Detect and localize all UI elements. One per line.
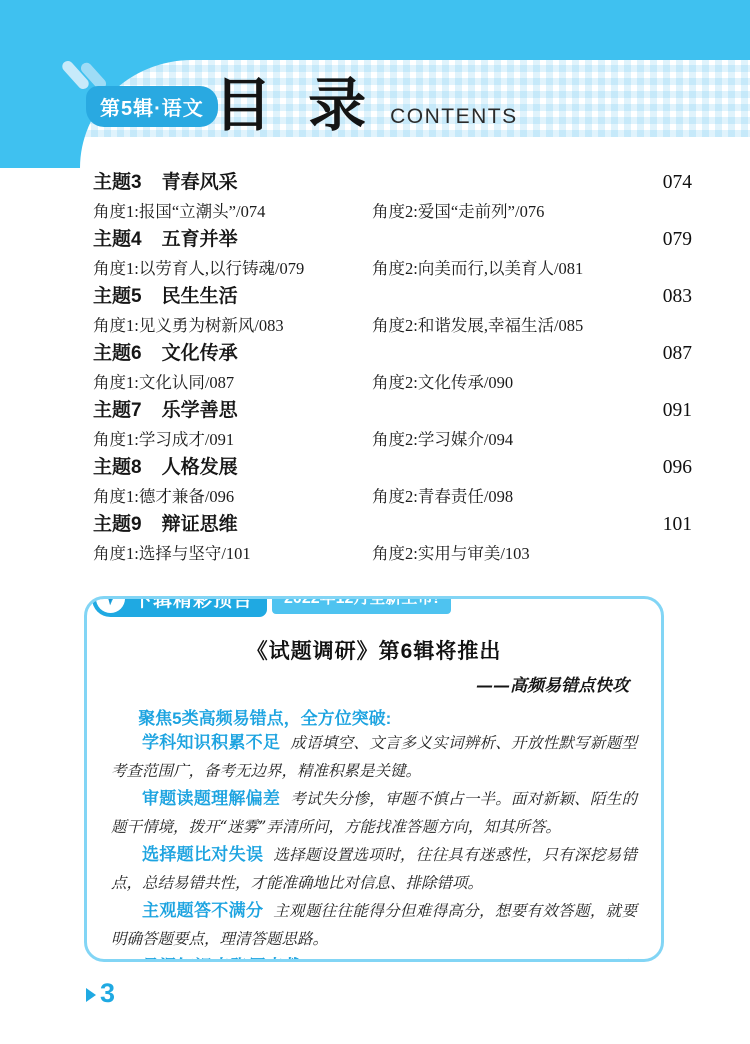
angle-entry[interactable]: 角度2:学习媒介/094 (372, 426, 513, 455)
page-title: 目 录 (214, 74, 376, 138)
theme-label: 主题9 (93, 511, 142, 540)
toc-theme-row[interactable]: 主题8 人格发展 096 (93, 454, 692, 483)
angle-entry[interactable]: 角度1:学习成才/091 (93, 426, 372, 455)
angle-entry[interactable]: 角度1:报国“立潮头”/074 (93, 198, 372, 227)
preview-point: 审题读题理解偏差考试失分惨，审题不慎占一半。面对新颖、陌生的题干情境，拨开“迷雾… (111, 785, 637, 841)
preview-release-label: 2022年12月全新上市! (272, 596, 451, 614)
paper-plane-icon (96, 596, 125, 613)
theme-page-number: 101 (663, 511, 692, 540)
angle-entry[interactable]: 角度1:见义勇为树新风/083 (93, 312, 372, 341)
theme-title: 人格发展 (162, 454, 238, 483)
angle-entry[interactable]: 角度2:实用与审美/103 (372, 540, 530, 569)
angle-entry[interactable]: 角度1:德才兼备/096 (93, 483, 372, 512)
angle-entry[interactable]: 角度1:文化认同/087 (93, 369, 372, 398)
page-number: 3 (100, 980, 115, 1007)
toc-group: 主题9 辩证思维 101 角度1:选择与坚守/101 角度2:实用与审美/103 (93, 511, 692, 568)
toc-group: 主题8 人格发展 096 角度1:德才兼备/096 角度2:青春责任/098 (93, 454, 692, 511)
theme-title: 文化传承 (162, 340, 238, 369)
point-lead: 易混知识点张冠李戴 (142, 957, 302, 962)
table-of-contents: 主题3 青春风采 074 角度1:报国“立潮头”/074 角度2:爱国“走前列”… (93, 169, 692, 568)
toc-theme-row[interactable]: 主题3 青春风采 074 (93, 169, 692, 198)
preview-point: 选择题比对失误选择题设置选项时，往往具有迷惑性，只有深挖易错点，总结易错共性，才… (111, 841, 637, 897)
theme-page-number: 074 (663, 169, 692, 198)
toc-angle-row: 角度1:德才兼备/096 角度2:青春责任/098 (93, 483, 692, 512)
preview-point: 主观题答不满分主观题往往能得分但难得高分，想要有效答题，就要明确答题要点，理清答… (111, 897, 637, 953)
page-title-en: CONTENTS (390, 105, 518, 138)
toc-angle-row: 角度1:以劳育人,以行铸魂/079 角度2:向美而行,以美育人/081 (93, 255, 692, 284)
toc-theme-row[interactable]: 主题4 五育并举 079 (93, 226, 692, 255)
angle-entry[interactable]: 角度2:文化传承/090 (372, 369, 513, 398)
toc-theme-row[interactable]: 主题6 文化传承 087 (93, 340, 692, 369)
theme-title: 民生生活 (162, 283, 238, 312)
theme-page-number: 091 (663, 397, 692, 426)
angle-entry[interactable]: 角度2:爱国“走前列”/076 (372, 198, 544, 227)
theme-label: 主题8 (93, 454, 142, 483)
series-badge: 第5辑·语文 (86, 86, 218, 127)
theme-page-number: 096 (663, 454, 692, 483)
page-footer: 3 (86, 980, 115, 1007)
theme-label: 主题7 (93, 397, 142, 426)
theme-title: 青春风采 (162, 169, 238, 198)
pointer-triangle-icon (86, 988, 96, 1002)
theme-title: 辩证思维 (162, 511, 238, 540)
theme-page-number: 083 (663, 283, 692, 312)
toc-group: 主题5 民生生活 083 角度1:见义勇为树新风/083 角度2:和谐发展,幸福… (93, 283, 692, 340)
theme-page-number: 079 (663, 226, 692, 255)
preview-header-pill: 下辑精彩预告 (92, 596, 267, 617)
book-toc-page: 第5辑·语文 目 录 CONTENTS 主题3 青春风采 074 角度1:报国“… (0, 0, 750, 1044)
theme-label: 主题3 (93, 169, 142, 198)
theme-label: 主题6 (93, 340, 142, 369)
angle-entry[interactable]: 角度2:和谐发展,幸福生活/085 (372, 312, 583, 341)
toc-theme-row[interactable]: 主题7 乐学善思 091 (93, 397, 692, 426)
toc-group: 主题3 青春风采 074 角度1:报国“立潮头”/074 角度2:爱国“走前列”… (93, 169, 692, 226)
toc-theme-row[interactable]: 主题9 辩证思维 101 (93, 511, 692, 540)
next-issue-preview-box: 下辑精彩预告 2022年12月全新上市! 《试题调研》第6辑将推出 ——高频易错… (84, 596, 664, 962)
toc-angle-row: 角度1:报国“立潮头”/074 角度2:爱国“走前列”/076 (93, 198, 692, 227)
preview-intro: 聚焦5类高频易错点，全方位突破: (111, 704, 637, 729)
point-lead: 学科知识积累不足 (142, 733, 280, 752)
theme-title: 五育并举 (162, 226, 238, 255)
toc-group: 主题7 乐学善思 091 角度1:学习成才/091 角度2:学习媒介/094 (93, 397, 692, 454)
preview-header: 下辑精彩预告 2022年12月全新上市! (92, 596, 451, 617)
preview-header-label: 下辑精彩预告 (133, 596, 253, 612)
point-lead: 主观题答不满分 (142, 901, 263, 920)
toc-group: 主题6 文化传承 087 角度1:文化认同/087 角度2:文化传承/090 (93, 340, 692, 397)
toc-angle-row: 角度1:学习成才/091 角度2:学习媒介/094 (93, 426, 692, 455)
toc-angle-row: 角度1:见义勇为树新风/083 角度2:和谐发展,幸福生活/085 (93, 312, 692, 341)
toc-angle-row: 角度1:文化认同/087 角度2:文化传承/090 (93, 369, 692, 398)
toc-group: 主题4 五育并举 079 角度1:以劳育人,以行铸魂/079 角度2:向美而行,… (93, 226, 692, 283)
point-lead: 审题读题理解偏差 (142, 789, 280, 808)
angle-entry[interactable]: 角度1:选择与坚守/101 (93, 540, 372, 569)
angle-entry[interactable]: 角度1:以劳育人,以行铸魂/079 (93, 255, 372, 284)
angle-entry[interactable]: 角度2:向美而行,以美育人/081 (372, 255, 583, 284)
preview-point: 易混知识点张冠李戴易混淆知识总让我们误入“雷区”，故需逐一剖析，各个击破，高效查… (111, 953, 637, 962)
banner-title-group: 目 录 CONTENTS (214, 74, 518, 138)
preview-point: 学科知识积累不足成语填空、文言多义实词辨析、开放性默写新题型考查范围广，备考无边… (111, 729, 637, 785)
toc-theme-row[interactable]: 主题5 民生生活 083 (93, 283, 692, 312)
preview-title: 《试题调研》第6辑将推出 (111, 635, 637, 665)
theme-title: 乐学善思 (162, 397, 238, 426)
angle-entry[interactable]: 角度2:青春责任/098 (372, 483, 513, 512)
theme-label: 主题4 (93, 226, 142, 255)
theme-label: 主题5 (93, 283, 142, 312)
theme-page-number: 087 (663, 340, 692, 369)
point-lead: 选择题比对失误 (142, 845, 263, 864)
preview-byline: ——高频易错点快攻 (111, 671, 637, 696)
toc-angle-row: 角度1:选择与坚守/101 角度2:实用与审美/103 (93, 540, 692, 569)
